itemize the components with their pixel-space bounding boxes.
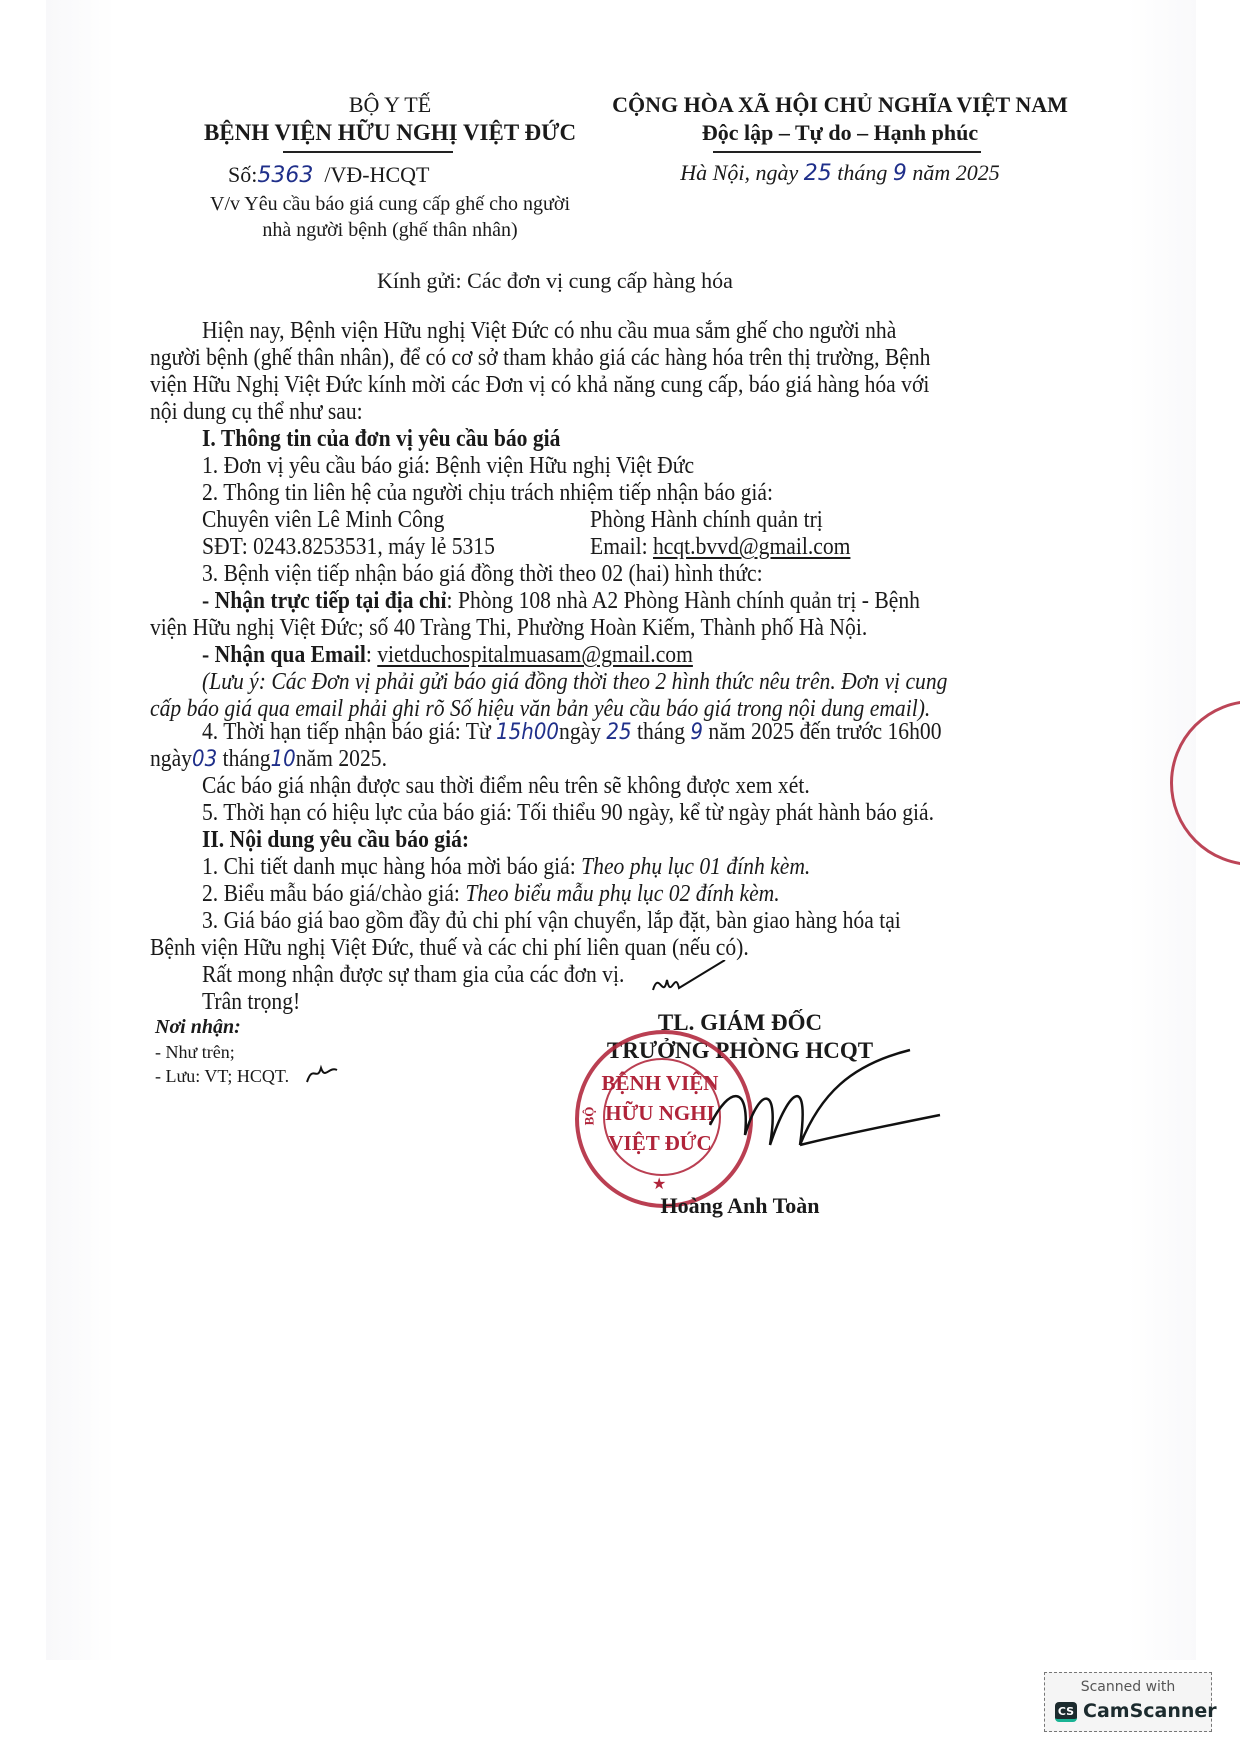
email-submission-label: - Nhận qua Email [202,642,366,668]
late-submission-note: Các báo giá nhận được sau thời điểm nêu … [202,773,810,800]
signer-name: Hoàng Anh Toàn [560,1193,920,1219]
deadline-text-c: tháng [637,719,685,745]
note-line-1: (Lưu ý: Các Đơn vị phải gửi báo giá đồng… [202,669,947,696]
number-prefix: Số: [228,162,257,187]
recipient-item: - Như trên; [155,1042,235,1063]
initials-scribble-icon [645,960,735,1030]
section-2-item-2-value: Theo biểu mẫu phụ lục 02 đính kèm. [465,881,779,907]
recipients-title: Nơi nhận: [155,1016,241,1039]
section-1-item-4-cont: ngày03 tháng10năm 2025. [150,746,387,773]
section-1-item-5: 5. Thời hạn có hiệu lực của báo giá: Tối… [202,800,934,827]
intro-line-3: viện Hữu Nghị Việt Đức kính mời các Đơn … [150,372,929,399]
deadline-text-d: năm 2025 đến trước 16h00 [708,719,941,745]
intro-line-1: Hiện nay, Bệnh viện Hữu nghị Việt Đức có… [202,318,896,345]
deadline-end-month-handwritten: 10 [271,747,296,772]
section-2-item-3-line-1: 3. Giá báo giá bao gồm đầy đủ chi phí vậ… [202,908,901,935]
signature-title-1: TL. GIÁM ĐỐC [560,1010,920,1036]
direct-submission-line-2: viện Hữu nghị Việt Đức; số 40 Tràng Thi,… [150,615,867,642]
direct-submission-line-1: - Nhận trực tiếp tại địa chỉ: Phòng 108 … [202,588,920,615]
contact-email-link[interactable]: hcqt.bvvd@gmail.com [653,534,850,560]
section-2-title: II. Nội dung yêu cầu báo giá: [202,827,469,854]
hospital-name: BỆNH VIỆN HỮU NGHỊ VIỆT ĐỨC [140,120,640,146]
camscanner-watermark: Scanned with CS CamScanner [1044,1672,1212,1732]
section-2-item-1: 1. Chi tiết danh mục hàng hóa mời báo gi… [202,854,810,881]
deadline-time-handwritten: 15h00 [496,720,559,745]
signature-scribble-icon [690,1045,950,1175]
date-year: năm 2025 [912,160,999,185]
closing-line: Rất mong nhận được sự tham gia của các đ… [202,962,624,989]
salutation: Kính gửi: Các đơn vị cung cấp hàng hóa [377,268,733,294]
contact-email-row: Email: hcqt.bvvd@gmail.com [590,534,850,561]
regards: Trân trọng! [202,989,300,1016]
section-2-item-3-line-2: Bệnh viện Hữu nghị Việt Đức, thuế và các… [150,935,749,962]
section-2-item-1-label: 1. Chi tiết danh mục hàng hóa mời báo gi… [202,854,581,880]
section-2-item-2: 2. Biểu mẫu báo giá/chào giá: Theo biểu … [202,881,780,908]
date-month-handwritten: 9 [893,161,907,186]
document-number: Số:5363 /VĐ-HCQT [228,162,429,188]
section-1-item-2: 2. Thông tin liên hệ của người chịu trác… [202,480,773,507]
camscanner-logo-icon: CS [1055,1702,1077,1722]
contact-name: Chuyên viên Lê Minh Công [202,507,444,534]
number-suffix: /VĐ-HCQT [324,162,429,187]
ministry-name: BỘ Y TẾ [140,92,640,118]
deadline-month-handwritten: 9 [690,720,703,745]
issue-date: Hà Nội, ngày 25 tháng 9 năm 2025 [570,160,1110,186]
section-2-item-2-label: 2. Biểu mẫu báo giá/chào giá: [202,881,465,907]
subject-line-1: V/v Yêu cầu báo giá cung cấp ghế cho ngư… [130,193,650,216]
stamp-side-text: BỘ [581,1107,597,1126]
deadline-text-f: tháng [223,746,271,772]
stamp-star-icon: ★ [652,1174,666,1194]
motto-underline [713,151,981,153]
deadline-text-g: năm 2025. [296,746,387,772]
subject-line-2: nhà người bệnh (ghế thân nhân) [130,219,650,242]
recipient-item: - Lưu: VT; HCQT. [155,1066,289,1087]
date-prefix: Hà Nội, ngày [680,160,798,185]
motto: Độc lập – Tự do – Hạnh phúc [570,120,1110,146]
direct-submission-label: - Nhận trực tiếp tại địa chỉ [202,588,447,614]
contact-phone: SĐT: 0243.8253531, máy lẻ 5315 [202,534,495,561]
date-day-handwritten: 25 [804,161,832,186]
intro-line-2: người bệnh (ghế thân nhân), để có cơ sở … [150,345,930,372]
number-handwritten: 5363 [257,163,313,188]
section-1-item-3: 3. Bệnh viện tiếp nhận báo giá đồng thời… [202,561,763,588]
hospital-underline [283,151,453,153]
direct-submission-address: : Phòng 108 nhà A2 Phòng Hành chính quản… [447,588,920,614]
section-1-title: I. Thông tin của đơn vị yêu cầu báo giá [202,426,560,453]
deadline-day-handwritten: 25 [606,720,631,745]
date-month-label: tháng [837,160,887,185]
deadline-end-day-handwritten: 03 [192,747,217,772]
email-separator: : [366,642,377,668]
deadline-text-a: 4. Thời hạn tiếp nhận báo giá: Từ [202,719,491,745]
contact-department: Phòng Hành chính quản trị [590,507,823,534]
deadline-text-b: ngày [559,719,601,745]
section-1-item-1: 1. Đơn vị yêu cầu báo giá: Bệnh viện Hữu… [202,453,694,480]
email-submission-line: - Nhận qua Email: vietduchospitalmuasam@… [202,642,693,669]
submission-email-link[interactable]: vietduchospitalmuasam@gmail.com [377,642,693,668]
intro-line-4: nội dung cụ thể như sau: [150,399,363,426]
section-1-item-4: 4. Thời hạn tiếp nhận báo giá: Từ 15h00n… [202,719,942,746]
archive-initials-icon [303,1060,343,1090]
deadline-text-e: ngày [150,746,192,772]
watermark-brand: CamScanner [1083,1700,1217,1722]
country-name: CỘNG HÒA XÃ HỘI CHỦ NGHĨA VIỆT NAM [570,92,1110,118]
watermark-caption: Scanned with [1045,1679,1211,1695]
section-2-item-1-value: Theo phụ lục 01 đính kèm. [581,854,810,880]
contact-email-label: Email: [590,534,653,560]
